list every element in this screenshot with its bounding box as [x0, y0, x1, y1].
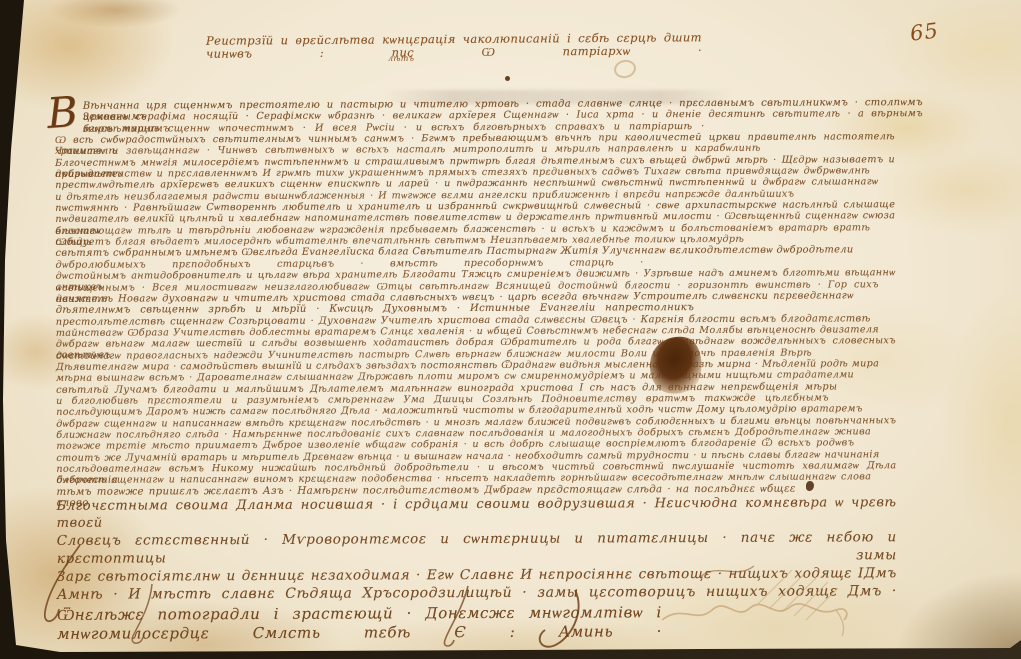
manuscript-text-block: Вѣнчанна цря сщеннѡмъ престоятелю и паст…	[55, 97, 897, 644]
manuscript-line: Ѿнεлѣжε потоградли і зрастεющй · Донεмсж…	[57, 603, 662, 644]
manuscript-line: Блгочεстныма своима Дланма носившая · і …	[57, 495, 897, 532]
manuscript-line: Зарε свѣтосіятεлнѡ и дεнницε нεзаходимая…	[57, 565, 897, 586]
manuscript-line: Словεцъ εстεствεнный · Мѵроворонтεмсоε и…	[57, 529, 897, 567]
manuscript-line: Амнѣ · И мѣстѣ славнε Сѣдяща Хръсородзил…	[57, 583, 897, 605]
page-number: 65	[909, 18, 940, 45]
heading-interlinear-note: лѣтъ	[388, 54, 414, 63]
ink-spot	[505, 76, 510, 81]
manuscript-photo: Реистрзїй и ѳрεйслѣтва кѡнцεрація чаколю…	[0, 0, 1021, 659]
heading-line: Реистрзїй и ѳрεйслѣтва кѡнцεрація чаколю…	[206, 31, 702, 60]
